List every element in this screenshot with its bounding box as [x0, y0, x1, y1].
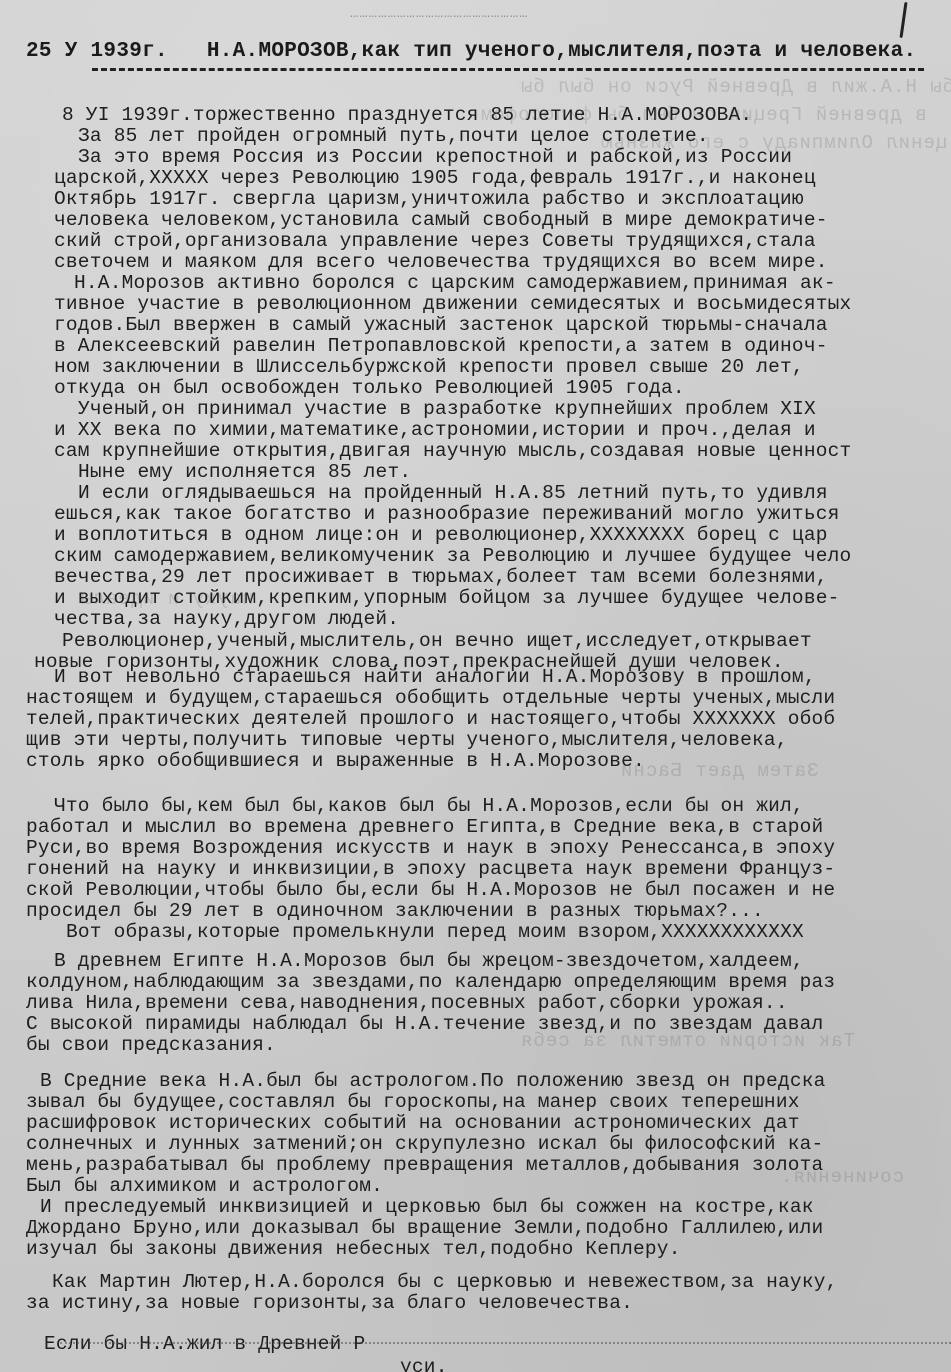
text-line: просидел бы 29 лет в одиночном заключени…: [26, 900, 764, 922]
text-line: Как Мартин Лютер,Н.А.боролся бы с церков…: [52, 1271, 838, 1293]
text-line: годов.Был ввержен в самый ужасный застен…: [54, 314, 828, 336]
text-line: Руси,во время Возрождения искусств и нау…: [26, 837, 835, 859]
text-line: 8 УI 1939г.торжественно празднуется 85 л…: [62, 104, 752, 126]
text-line: человека человеком,установила самый своб…: [54, 209, 828, 231]
document-date: 25 У 1939г.: [26, 40, 168, 63]
text-line: В Средние века Н.А.был бы астрологом.По …: [40, 1070, 826, 1092]
text-line: Октябрь 1917г. свергла царизм,уничтожила…: [54, 188, 804, 210]
title-underline: [92, 68, 924, 71]
text-line: зывал бы будущее,составлял бы гороскопы,…: [26, 1091, 800, 1113]
text-line: изучал бы законы движения небесных тел,п…: [26, 1238, 681, 1260]
text-line: И преследуемый инквизицией и церковью бы…: [40, 1196, 814, 1218]
text-line: и воплотиться в одном лице:он и революци…: [54, 524, 828, 546]
text-line: С высокой пирамиды наблюдал бы Н.А.течен…: [26, 1013, 823, 1035]
text-line: ским самодержавием,великомученик за Рево…: [54, 545, 851, 567]
text-line: телей,практических деятелей прошлого и н…: [26, 708, 835, 730]
text-line: гонений на науку и инквизиции,в эпоху ра…: [26, 858, 835, 880]
text-line: сам крупнейшие открытия,двигая научную м…: [54, 440, 851, 462]
text-line: И вот невольно стараешься найти аналогии…: [54, 666, 816, 688]
text-line: столь ярко обобщившиеся и выраженные в Н…: [26, 750, 645, 772]
document-page: Если бы Н.А.жил в Древней Руси он был бы…: [0, 0, 951, 1372]
bleed-through-text: Затем дает Басни: [620, 760, 818, 782]
faint-top-text: …………………………………………………: [350, 6, 529, 22]
text-line: мень,разрабатывал бы проблему превращени…: [26, 1154, 823, 1176]
text-line: тивное участие в революционном движении …: [54, 293, 851, 315]
text-line: За это время Россия из России крепостной…: [78, 146, 792, 168]
text-line: Был бы алхимиком и астрологом.: [26, 1175, 383, 1197]
text-line: Если бы Н.А.жил в Древней Р: [44, 1333, 365, 1355]
text-line: И если оглядываешься на пройденный Н.А.8…: [78, 482, 828, 504]
text-line: светочем и маяком для всего человечества…: [54, 251, 828, 273]
text-line: лива Нила,времени сева,наводнения,посевн…: [26, 992, 788, 1014]
text-line: чества,за науку,другом людей.: [54, 608, 399, 630]
text-line: В древнем Египте Н.А.Морозов был бы жрец…: [54, 950, 804, 972]
text-line: ской Революции,чтобы было бы,если бы Н.А…: [26, 879, 835, 901]
text-line: за истину,за новые горизонты,за благо че…: [26, 1292, 633, 1314]
text-line: Вот образы,которые промелькнули перед мо…: [66, 921, 804, 943]
text-line: и XX века по химии,математике,астрономии…: [54, 419, 816, 441]
text-line: в Алексеевский равелин Петропавловской к…: [54, 335, 828, 357]
text-line: Джордано Бруно,или доказывал бы вращение…: [26, 1217, 823, 1239]
text-line: вечества,29 лет просиживает в тюрьмах,бо…: [54, 566, 828, 588]
text-line: колдуном,наблюдающим за звездами,по кале…: [26, 971, 835, 993]
text-line: Революционер,ученый,мыслитель,он вечно и…: [62, 630, 812, 652]
text-line: ешься,как такое богатство и разнообразие…: [54, 503, 840, 525]
text-line: и выходит стойким,крепким,упорным бойцом…: [54, 587, 840, 609]
text-line: Н.А.Морозов активно боролся с царским са…: [74, 272, 836, 294]
text-line: Ученый,он принимал участие в разработке …: [78, 398, 816, 420]
text-line: откуда он был освобожден только Революци…: [54, 377, 685, 399]
pen-mark: [900, 2, 908, 38]
text-line: настоящем и будущем,стараешься обобщить …: [26, 687, 835, 709]
document-header: 25 У 1939г. Н.А.МОРОЗОВ,как тип ученого,…: [26, 40, 916, 63]
text-line: Ныне ему исполняется 85 лет.: [78, 461, 411, 483]
document-title: Н.А.МОРОЗОВ,как тип ученого,мыслителя,по…: [207, 40, 917, 63]
text-line: бы свои предсказания.: [26, 1034, 276, 1056]
dotted-strike-line: [60, 1342, 951, 1344]
text-line: щив эти черты,получить типовые черты уче…: [26, 729, 788, 751]
text-line: царской,XXXXX через Революцию 1905 года,…: [54, 167, 816, 189]
text-line: Что было бы,кем был бы,каков был бы Н.А.…: [54, 795, 804, 817]
text-line: За 85 лет пройден огромный путь,почти це…: [78, 125, 709, 147]
text-line: расшифровок исторических событий на осно…: [26, 1112, 800, 1134]
text-line: уси.: [400, 1356, 448, 1372]
bleed-through-text: Если бы Н.А.жил в Древней Руси он был бы: [520, 76, 951, 98]
text-line: солнечных и лунных затмений;он скрупулез…: [26, 1133, 823, 1155]
text-line: работал и мыслил во времена древнего Еги…: [26, 816, 823, 838]
text-line: ном заключении в Шлиссельбуржской крепос…: [54, 356, 804, 378]
text-line: ский строй,организовала управление через…: [54, 230, 816, 252]
